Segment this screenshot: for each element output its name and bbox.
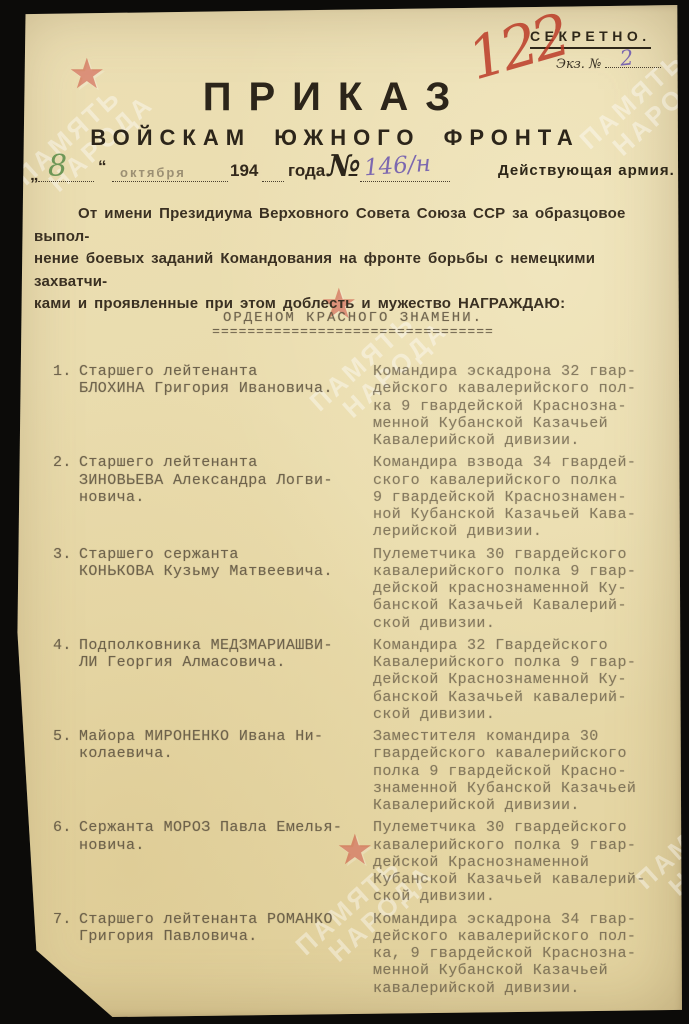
entry-number: 5. — [53, 728, 79, 814]
entry-recipient: Подполковника МЕДЗМАРИАШВИ- ЛИ Георгия А… — [79, 637, 373, 723]
order-title: ПРИКАЗ — [8, 75, 662, 120]
entry-number: 7. — [53, 911, 79, 997]
entry-recipient: Майора МИРОНЕНКО Ивана Ни- колаевича. — [79, 728, 373, 814]
number-sign: № — [328, 149, 361, 184]
day-close-quote: “ — [98, 157, 107, 177]
entry-position: Заместителя командира 30 гвардейского ка… — [373, 728, 669, 814]
award-entry-row: 6. Сержанта МОРОЗ Павла Емелья- новича. … — [53, 819, 669, 905]
entry-number: 2. — [53, 454, 79, 540]
copy-number-value: 2 — [619, 45, 635, 70]
month-stamp: октября — [120, 165, 186, 180]
entry-recipient: Старшего сержанта КОНЬКОВА Кузьму Матвее… — [79, 546, 373, 632]
scanned-order-page: ★ ПАМЯТЬ НАРОДА ПАМЯТЬ НАРОДА ★ ПАМЯТЬ Н… — [0, 0, 689, 1024]
year-prefix: 194 — [230, 161, 258, 181]
award-entry-row: 1. Старшего лейтенанта БЛОХИНА Григория … — [53, 363, 669, 449]
army-status-note: Действующая армия. — [498, 162, 675, 179]
day-value-handwritten: 8 — [48, 149, 67, 184]
entry-recipient: Сержанта МОРОЗ Павла Емелья- новича. — [79, 819, 373, 905]
entry-position: Командира взвода 34 гвардей- ского кавал… — [373, 454, 669, 540]
award-entry-row: 4. Подполковника МЕДЗМАРИАШВИ- ЛИ Георги… — [53, 637, 669, 723]
award-entry-row: 2. Старшего лейтенанта ЗИНОВЬЕВА Алексан… — [53, 454, 669, 540]
award-heading-underline: ================================ — [178, 324, 528, 339]
entry-recipient: Старшего лейтенанта БЛОХИНА Григория Ива… — [79, 363, 373, 449]
entry-position: Пулеметчика 30 гвардейского кавалерийско… — [373, 546, 669, 632]
entry-position: Командира 32 Гвардейского Кавалерийского… — [373, 637, 669, 723]
preamble-paragraph: От имени Президиума Верховного Совета Со… — [34, 203, 668, 316]
entry-number: 1. — [53, 363, 79, 449]
order-number-blank — [360, 181, 450, 182]
day-open-quote: „ — [30, 165, 39, 185]
award-entry-row: 5. Майора МИРОНЕНКО Ивана Ни- колаевича.… — [53, 728, 669, 814]
entry-number: 3. — [53, 546, 79, 632]
award-entries-list: 1. Старшего лейтенанта БЛОХИНА Григория … — [53, 363, 669, 1002]
month-blank — [112, 181, 228, 182]
award-entry-row: 3. Старшего сержанта КОНЬКОВА Кузьму Мат… — [53, 546, 669, 632]
entry-recipient: Старшего лейтенанта ЗИНОВЬЕВА Александра… — [79, 454, 373, 540]
award-section-heading: ОРДЕНОМ КРАСНОГО ЗНАМЕНИ. ==============… — [178, 310, 528, 339]
year-blank — [262, 181, 284, 182]
order-number-handwritten: 146/н — [363, 151, 431, 182]
entry-number: 4. — [53, 637, 79, 723]
paper-sheet: ★ ПАМЯТЬ НАРОДА ПАМЯТЬ НАРОДА ★ ПАМЯТЬ Н… — [8, 5, 682, 1017]
order-subtitle: ВОЙСКАМ ЮЖНОГО ФРОНТА — [8, 125, 662, 151]
date-line: „ 8 “ октября 194 года. № 146/н Действую… — [8, 151, 682, 185]
entry-position: Командира эскадрона 32 гвар- дейского ка… — [373, 363, 669, 449]
year-label: года. — [288, 161, 330, 181]
entry-number: 6. — [53, 819, 79, 905]
entry-recipient: Старшего лейтенанта РОМАНКО Григория Пав… — [79, 911, 373, 997]
entry-position: Пулеметчика 30 гвардейского кавалерийско… — [373, 819, 669, 905]
entry-position: Командира эскадрона 34 гвар- дейского ка… — [373, 911, 669, 997]
award-entry-row: 7. Старшего лейтенанта РОМАНКО Григория … — [53, 911, 669, 997]
